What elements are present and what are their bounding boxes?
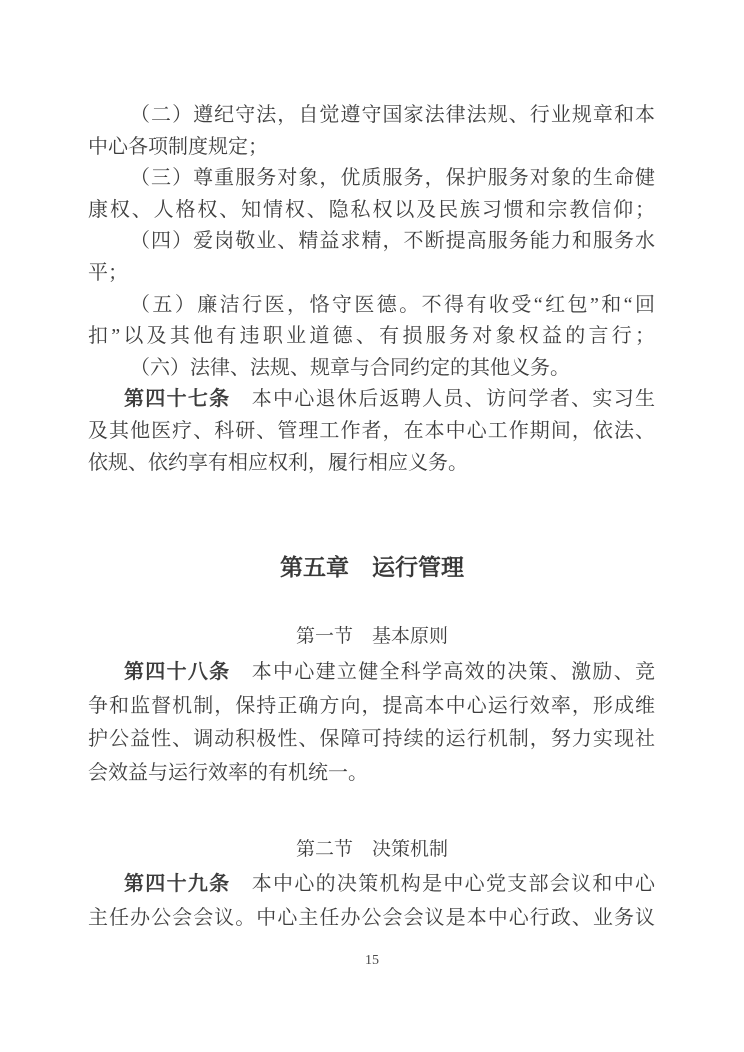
article-47-line-2: 及其他医疗、科研、管理工作者，在本中心工作期间，依法、 (88, 416, 655, 448)
duties-clauses-block: （二）遵纪守法，自觉遵守国家法律法规、行业规章和本 中心各项制度规定； （三）尊… (88, 100, 655, 479)
article-47-line-1: 第四十七条 本中心退休后返聘人员、访问学者、实习生 (88, 384, 655, 416)
clause-6-line-1: （六）法律、法规、规章与合同约定的其他义务。 (88, 353, 655, 385)
section-1-heading: 第一节 基本原则 (0, 621, 744, 648)
article-47-number: 第四十七条 (124, 388, 252, 410)
article-48-block: 第四十八条 本中心建立健全科学高效的决策、激励、竞 争和监督机制，保持正确方向，… (88, 656, 655, 790)
article-48-line-3: 护公益性、调动积极性、保障可持续的运行机制，努力实现社 (88, 723, 655, 757)
article-49-text: 本中心的决策机构是中心党支部会议和中心 (252, 873, 655, 895)
chapter-5-heading: 第五章 运行管理 (0, 549, 744, 582)
clause-5-line-1: （五）廉洁行医，恪守医德。不得有收受“红包”和“回 (88, 290, 655, 322)
clause-2-line-1: （二）遵纪守法，自觉遵守国家法律法规、行业规章和本 (88, 100, 655, 132)
clause-3-line-2: 康权、人格权、知情权、隐私权以及民族习惯和宗教信仰； (88, 195, 655, 227)
page-number: 15 (0, 953, 744, 969)
clause-2-line-2: 中心各项制度规定； (88, 132, 655, 164)
article-49-line-1: 第四十九条 本中心的决策机构是中心党支部会议和中心 (88, 867, 655, 901)
article-49-line-2: 主任办公会会议。中心主任办公会会议是本中心行政、业务议 (88, 901, 655, 935)
article-49-number: 第四十九条 (124, 873, 252, 895)
clause-4-line-1: （四）爱岗敬业、精益求精，不断提高服务能力和服务水 (88, 226, 655, 258)
article-49-block: 第四十九条 本中心的决策机构是中心党支部会议和中心 主任办公会会议。中心主任办公… (88, 867, 655, 935)
article-48-line-4: 会效益与运行效率的有机统一。 (88, 757, 655, 791)
clause-3-line-1: （三）尊重服务对象，优质服务，保护服务对象的生命健 (88, 163, 655, 195)
section-2-heading: 第二节 决策机制 (0, 834, 744, 861)
clause-5-line-2: 扣”以及其他有违职业道德、有损服务对象权益的言行； (88, 321, 655, 353)
article-48-text: 本中心建立健全科学高效的决策、激励、竞 (252, 661, 655, 683)
article-47-text: 本中心退休后返聘人员、访问学者、实习生 (252, 388, 655, 410)
article-48-line-1: 第四十八条 本中心建立健全科学高效的决策、激励、竞 (88, 656, 655, 690)
document-page: （二）遵纪守法，自觉遵守国家法律法规、行业规章和本 中心各项制度规定； （三）尊… (0, 0, 744, 1052)
article-48-line-2: 争和监督机制，保持正确方向，提高本中心运行效率，形成维 (88, 690, 655, 724)
clause-4-line-2: 平； (88, 258, 655, 290)
article-48-number: 第四十八条 (124, 661, 252, 683)
article-47-line-3: 依规、依约享有相应权利，履行相应义务。 (88, 448, 655, 480)
